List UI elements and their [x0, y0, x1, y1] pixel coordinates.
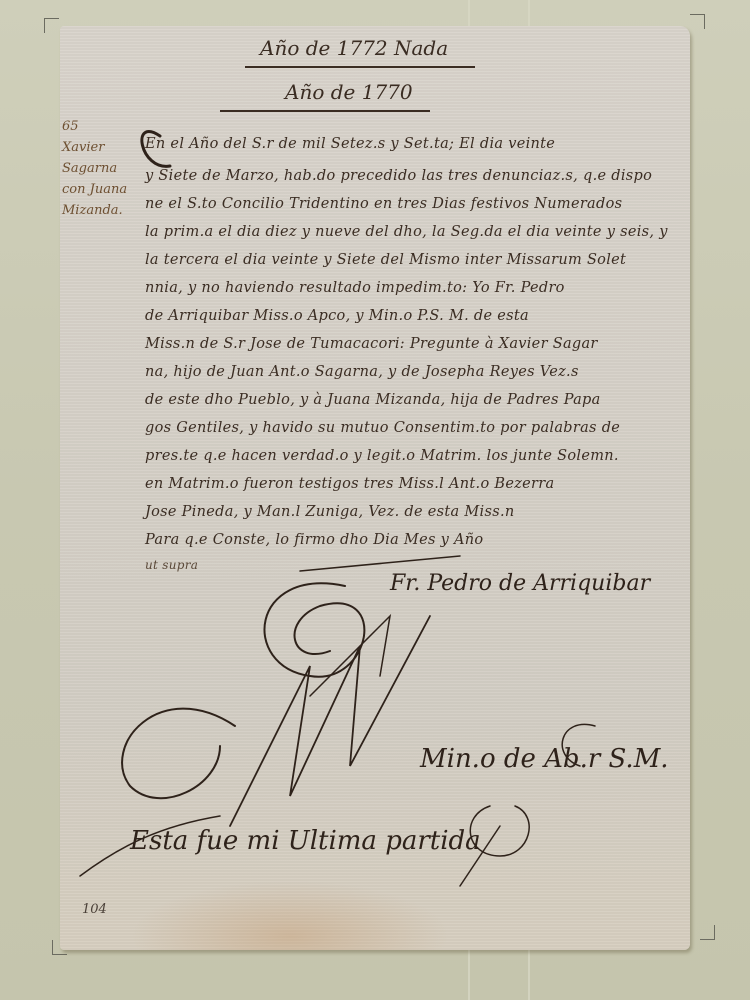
- signature-flourishes: [60, 26, 690, 950]
- folio-number: 104: [82, 902, 107, 917]
- signature-minister: Min.o de Ab.r S.M.: [420, 744, 669, 774]
- signature-friar: Fr. Pedro de Arriquibar: [390, 571, 650, 596]
- corner-mark-top-right: [690, 14, 705, 29]
- closing-note: Esta fue mi Ultima partida: [130, 826, 481, 856]
- corner-mark-top-left: [44, 18, 59, 33]
- corner-mark-bottom-right: [700, 925, 715, 940]
- manuscript-page: Año de 1772 Nada Año de 1770 65 Xavier S…: [60, 26, 690, 950]
